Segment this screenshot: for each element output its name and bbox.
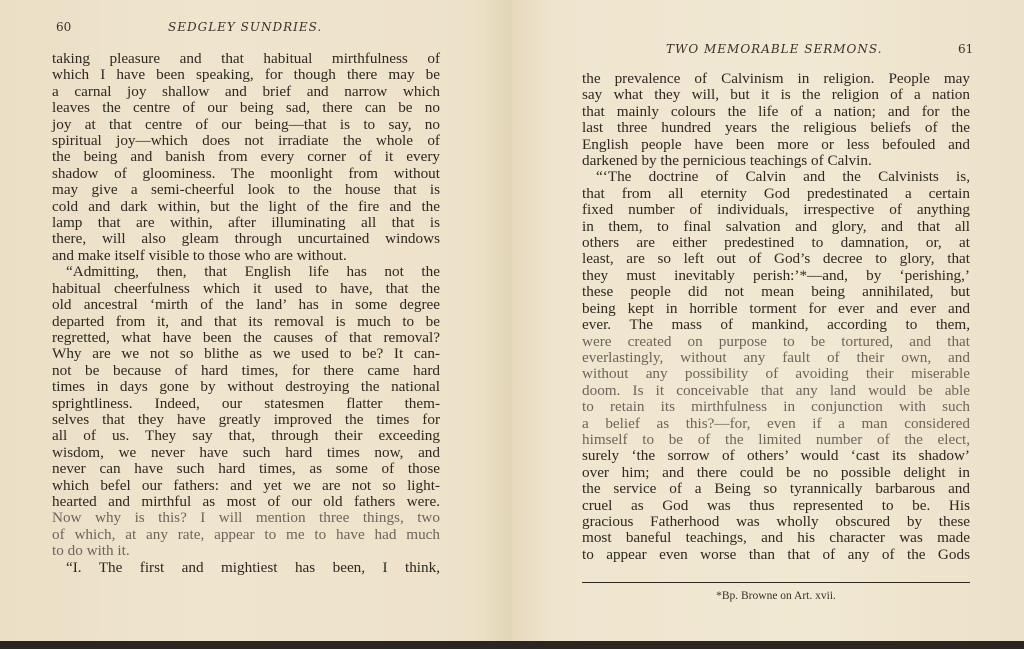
text-line: doom. Is it conceivable that any land wo… [582,383,970,399]
text-line: the prevalence of Calvinism in religion.… [582,71,970,87]
text-line: lamp that are within, after illuminating… [52,215,440,231]
text-line: least, are so left out of God’s decree t… [582,251,970,267]
text-line: departed from it, and that its removal i… [52,314,440,330]
text-line: joy at that centre of our being—that is … [52,117,440,133]
right-body-text: the prevalence of Calvinism in religion.… [582,71,970,563]
text-line: a belief as this?—for, even if a man con… [582,416,970,432]
text-line: ever. The mass of mankind, according to … [582,317,970,333]
running-head-left: SEDGLEY SUNDRIES. [168,20,322,34]
text-line: a carnal joy shallow and brief and narro… [52,84,440,100]
text-line: may give a semi-cheerful look to the hou… [52,182,440,198]
text-line: without any possibility of avoiding thei… [582,366,970,382]
text-line: there, will also gleam through uncurtain… [52,231,440,247]
text-line: being kept in horrible torment for ever … [582,301,970,317]
left-body-text: taking pleasure and that habitual mirthf… [52,51,440,576]
text-line: the being and banish from every corner o… [52,149,440,165]
text-line: gracious Fatherhood was wholly obscured … [582,514,970,530]
text-line: they must inevitably perish:’*—and, by ‘… [582,268,970,284]
text-line: to retain its mirthfulness in conjunctio… [582,399,970,415]
book-bottom-edge [0,641,1024,649]
text-line: old ancestral ‘mirth of the land’ has in… [52,297,440,313]
text-line: all of us. They say that, through their … [52,428,440,444]
text-line: Why are we not so blithe as we used to b… [52,346,440,362]
text-line: in them, to final salvation and glory, a… [582,219,970,235]
text-line: cold and dark within, but the light of t… [52,199,440,215]
left-page: 60 SEDGLEY SUNDRIES. taking pleasure and… [0,0,512,641]
text-line: these people did not mean being annihila… [582,284,970,300]
text-line: to do with it. [52,543,440,559]
text-line: the service of a Being so tyrannically b… [582,481,970,497]
text-line: darkened by the pernicious teachings of … [582,153,970,169]
text-line: Now why is this? I will mention three th… [52,510,440,526]
text-line: of which, at any rate, appear to me to h… [52,527,440,543]
text-line: himself to be of the limited number of t… [582,432,970,448]
text-line: and make itself visible to those who are… [52,248,440,264]
text-line: habitual cheerfulness which it used to h… [52,281,440,297]
text-line: say what they will, but it is the religi… [582,87,970,103]
text-line: everlastingly, without any fault of thei… [582,350,970,366]
page-number-right: 61 [958,42,973,56]
text-line: that from all eternity God predestinated… [582,186,970,202]
text-line: cruel as God was thus represented to be.… [582,498,970,514]
text-line: shadow of gloominess. The moonlight from… [52,166,440,182]
text-line: most baneful teachings, and his characte… [582,530,970,546]
text-line: were created on purpose to be tortured, … [582,334,970,350]
page-number-left: 60 [56,20,71,34]
text-line: “Admitting, then, that English life has … [52,264,440,280]
text-line: not be because of hard times, for there … [52,363,440,379]
text-line: “‘The doctrine of Calvin and the Calvini… [582,169,970,185]
text-line: leaves the centre of our being sad, ther… [52,100,440,116]
text-line: over him; and there could be no possible… [582,465,970,481]
text-line: hearted and mirthful as most of our old … [52,494,440,510]
text-line: others are either predestined to damnati… [582,235,970,251]
text-line: “I. The first and mightiest has been, I … [52,560,440,576]
text-line: never can have such hard times, as some … [52,461,440,477]
text-line: which I have been speaking, for though t… [52,67,440,83]
text-line: fixed number of individuals, irrespectiv… [582,202,970,218]
text-line: times in days gone by without destroying… [52,379,440,395]
text-line: to appear even worse than that of any of… [582,547,970,563]
text-line: taking pleasure and that habitual mirthf… [52,51,440,67]
footnote-rule [582,582,970,583]
running-head-right: TWO MEMORABLE SERMONS. [666,42,882,56]
text-line: sprightliness. Indeed, our statesmen fla… [52,396,440,412]
text-line: spiritual joy—which does not irradiate t… [52,133,440,149]
text-line: wisdom, we never have such hard times no… [52,445,440,461]
text-line: last three hundred years the religious b… [582,120,970,136]
text-line: surely ‘the sorrow of others’ would ‘cas… [582,448,970,464]
text-line: selves that they have greatly improved t… [52,412,440,428]
text-line: English people have been more or less be… [582,137,970,153]
text-line: that mainly colours the life of a nation… [582,104,970,120]
text-line: which befel our fathers: and yet we are … [52,478,440,494]
footnote: *Bp. Browne on Art. xvii. [582,590,970,602]
text-line: regretted, what have been the causes of … [52,330,440,346]
